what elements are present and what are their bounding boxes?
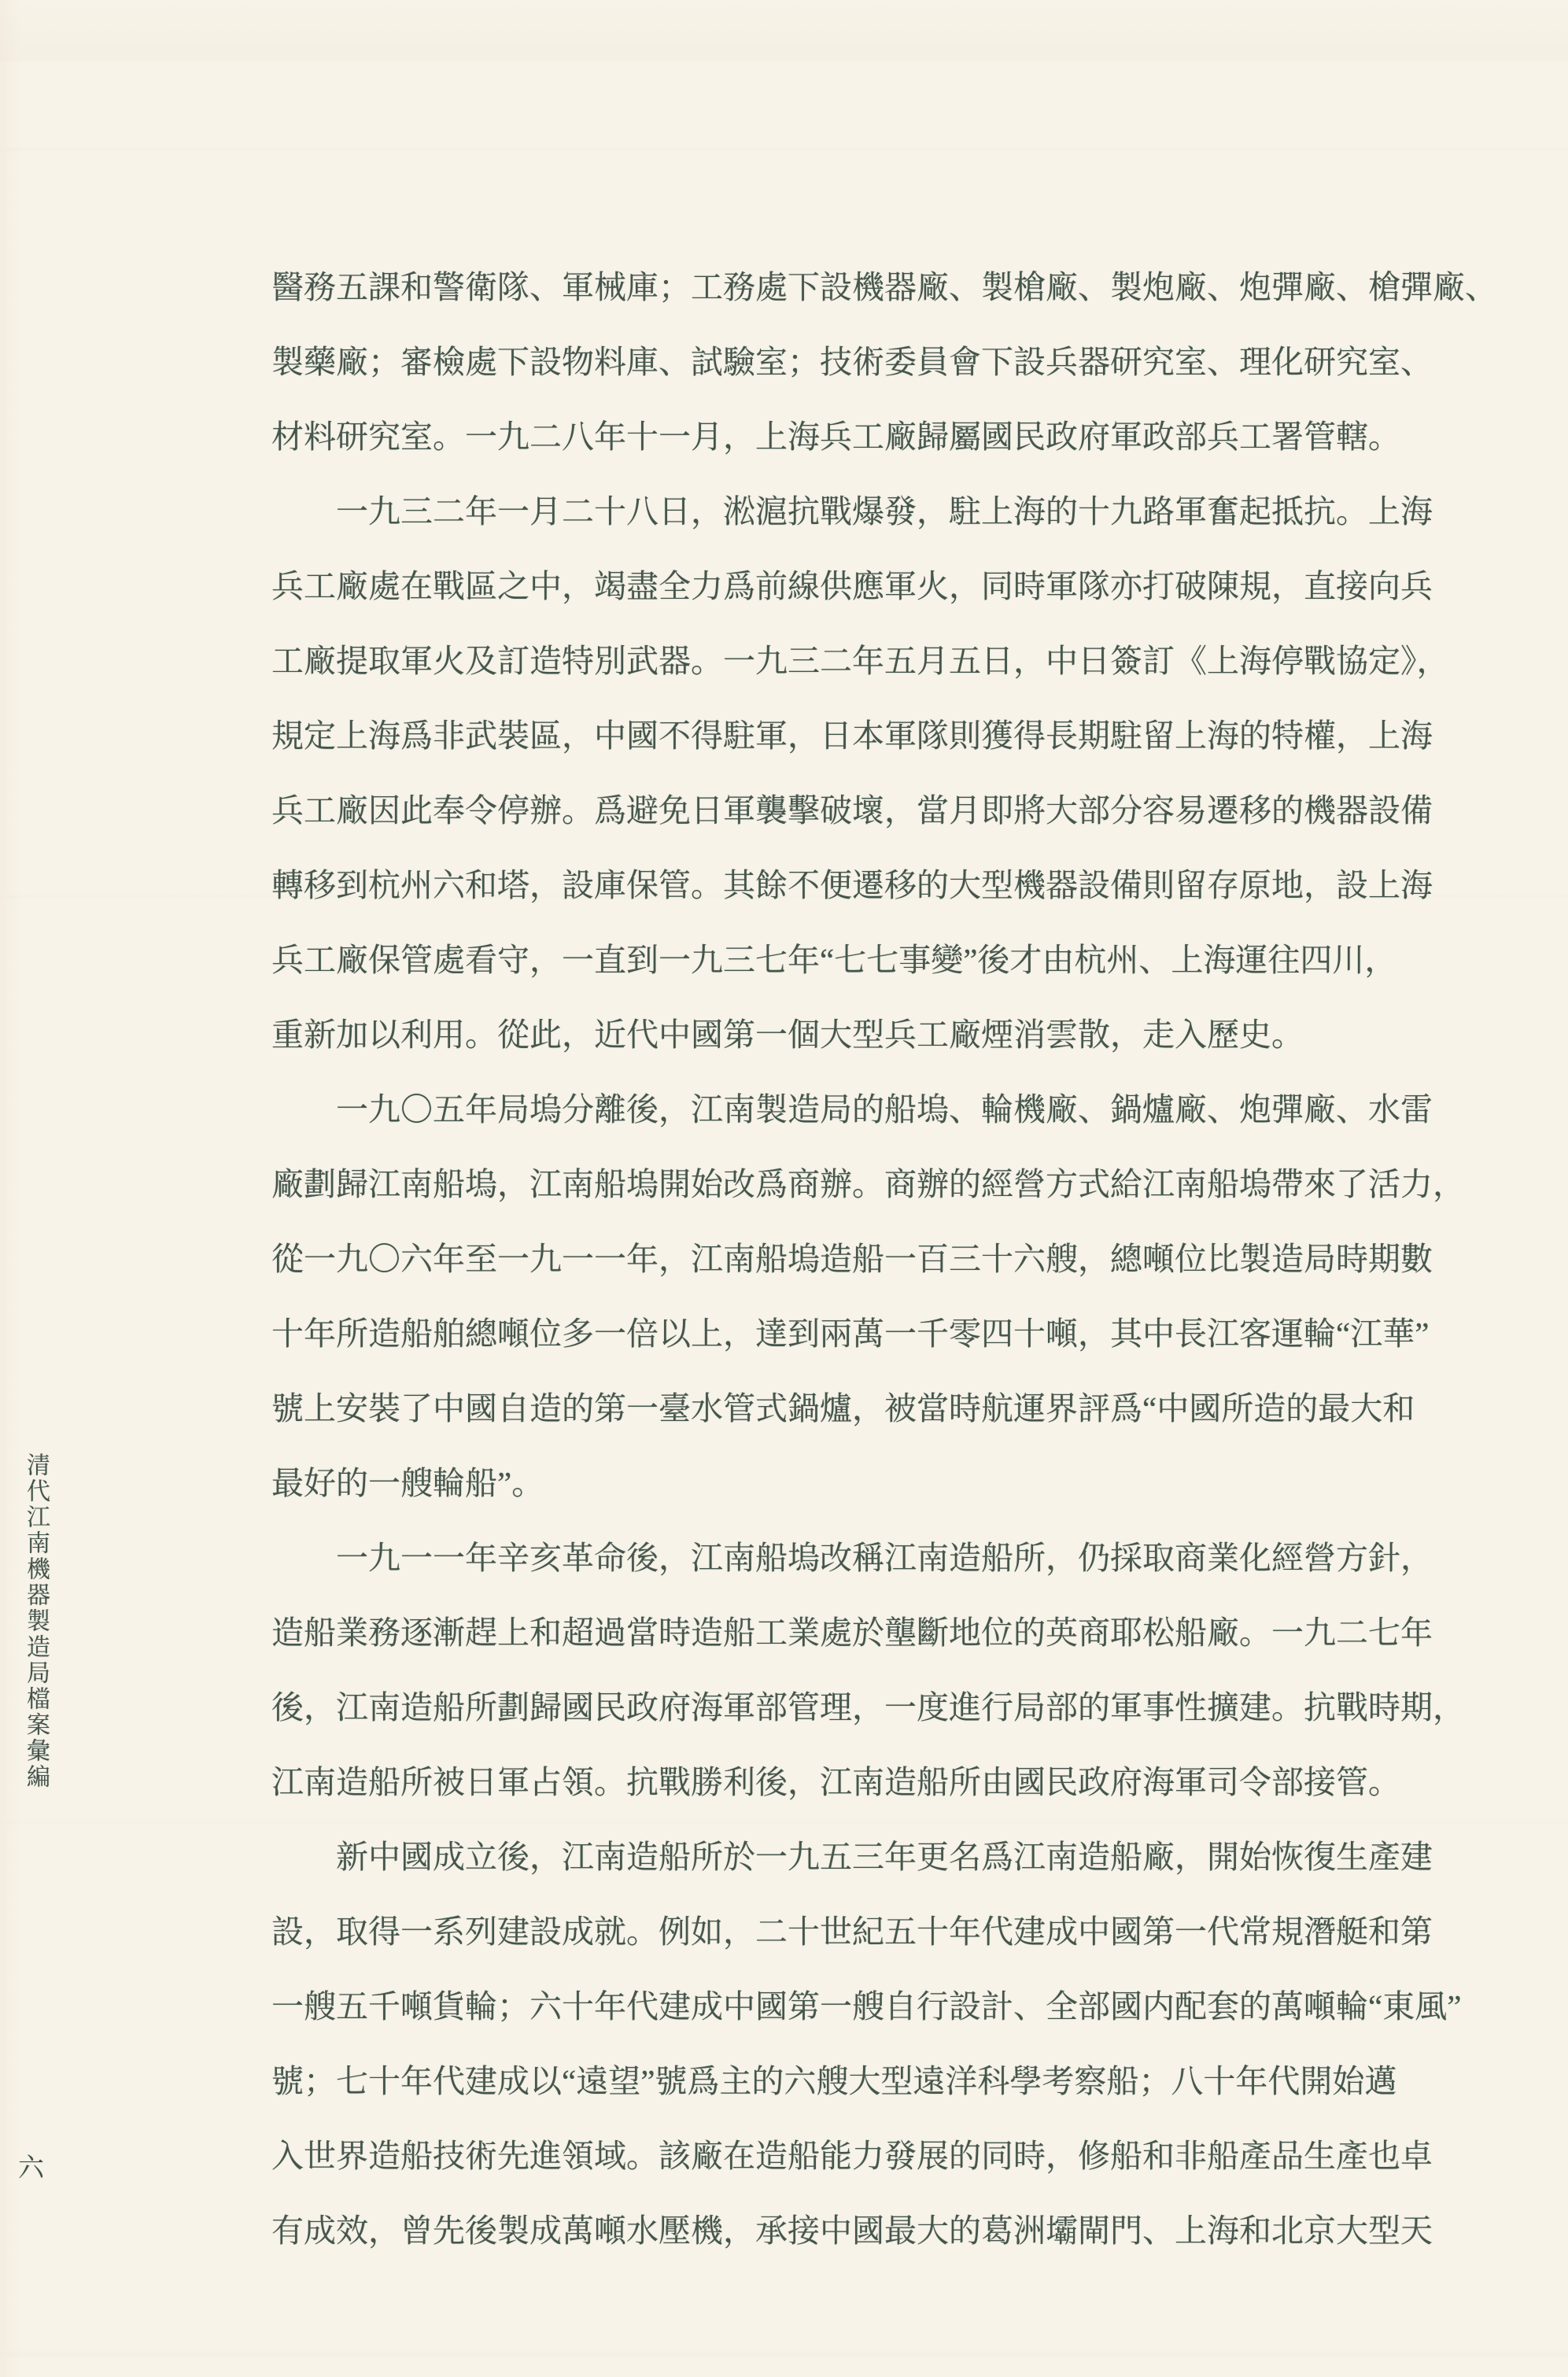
text-line: 從一九〇六年至一九一一年，江南船塢造船一百三十六艘，總噸位比製造局時期數 <box>271 1222 1538 1297</box>
text-line: 兵工廠因此奉令停辦。爲避免日軍襲擊破壞，當月即將大部分容易遷移的機器設備 <box>271 773 1538 848</box>
text-line: 規定上海爲非武裝區，中國不得駐軍，日本軍隊則獲得長期駐留上海的特權，上海 <box>271 699 1538 773</box>
text-line: 十年所造船舶總噸位多一倍以上，達到兩萬一千零四十噸，其中長江客運輪“江華” <box>271 1297 1538 1371</box>
text-line: 號上安裝了中國自造的第一臺水管式鍋爐，被當時航運界評爲“中國所造的最大和 <box>271 1371 1538 1446</box>
text-line: 一艘五千噸貨輪；六十年代建成中國第一艘自行設計、全部國内配套的萬噸輪“東風” <box>271 1969 1538 2044</box>
text-line: 一九三二年一月二十八日，淞滬抗戰爆發，駐上海的十九路軍奮起抵抗。上海 <box>271 474 1538 549</box>
page-number: 六 <box>18 2156 44 2182</box>
text-line: 最好的一艘輪船”。 <box>271 1446 1538 1521</box>
text-line: 入世界造船技術先進領域。該廠在造船能力發展的同時，修船和非船產品生產也卓 <box>271 2119 1538 2194</box>
text-line: 製藥廠；審檢處下設物料庫、試驗室；技術委員會下設兵器研究室、理化研究室、 <box>271 325 1538 400</box>
text-line: 後，江南造船所劃歸國民政府海軍部管理，一度進行局部的軍事性擴建。抗戰時期， <box>271 1670 1538 1745</box>
text-line: 江南造船所被日軍占領。抗戰勝利後，江南造船所由國民政府海軍司令部接管。 <box>271 1745 1538 1820</box>
text-line: 有成效，曾先後製成萬噸水壓機，承接中國最大的葛洲壩閘門、上海和北京大型天 <box>271 2194 1538 2268</box>
text-line: 廠劃歸江南船塢，江南船塢開始改爲商辦。商辦的經營方式給江南船塢帶來了活力， <box>271 1147 1538 1222</box>
text-line: 工廠提取軍火及訂造特別武器。一九三二年五月五日，中日簽訂《上海停戰協定》， <box>271 624 1538 699</box>
text-line: 設，取得一系列建設成就。例如，二十世紀五十年代建成中國第一代常規潛艇和第 <box>271 1895 1538 1969</box>
text-line: 兵工廠保管處看守，一直到一九三七年“七七事變”後才由杭州、上海運往四川， <box>271 923 1538 998</box>
text-line: 醫務五課和警衛隊、軍械庫；工務處下設機器廠、製槍廠、製炮廠、炮彈廠、槍彈廠、 <box>271 250 1538 325</box>
text-line: 轉移到杭州六和塔，設庫保管。其餘不便遷移的大型機器設備則留存原地，設上海 <box>271 848 1538 923</box>
text-line: 一九一一年辛亥革命後，江南船塢改稱江南造船所，仍採取商業化經營方針， <box>271 1521 1538 1596</box>
text-line: 造船業務逐漸趕上和超過當時造船工業處於壟斷地位的英商耶松船廠。一九二七年 <box>271 1596 1538 1670</box>
body-text-block: 醫務五課和警衛隊、軍械庫；工務處下設機器廠、製槍廠、製炮廠、炮彈廠、槍彈廠、 製… <box>271 250 1538 2268</box>
text-line: 一九〇五年局塢分離後，江南製造局的船塢、輪機廠、鍋爐廠、炮彈廠、水雷 <box>271 1072 1538 1147</box>
text-line: 號；七十年代建成以“遠望”號爲主的六艘大型遠洋科學考察船；八十年代開始邁 <box>271 2044 1538 2119</box>
text-line: 重新加以利用。從此，近代中國第一個大型兵工廠煙消雲散，走入歷史。 <box>271 998 1538 1072</box>
text-line: 新中國成立後，江南造船所於一九五三年更名爲江南造船廠，開始恢復生產建 <box>271 1820 1538 1895</box>
text-line: 兵工廠處在戰區之中，竭盡全力爲前線供應軍火，同時軍隊亦打破陳規，直接向兵 <box>271 549 1538 624</box>
text-line: 材料研究室。一九二八年十一月，上海兵工廠歸屬國民政府軍政部兵工署管轄。 <box>271 400 1538 474</box>
book-spine-title: 清代江南機器製造局檔案彙編 <box>18 1452 53 1790</box>
